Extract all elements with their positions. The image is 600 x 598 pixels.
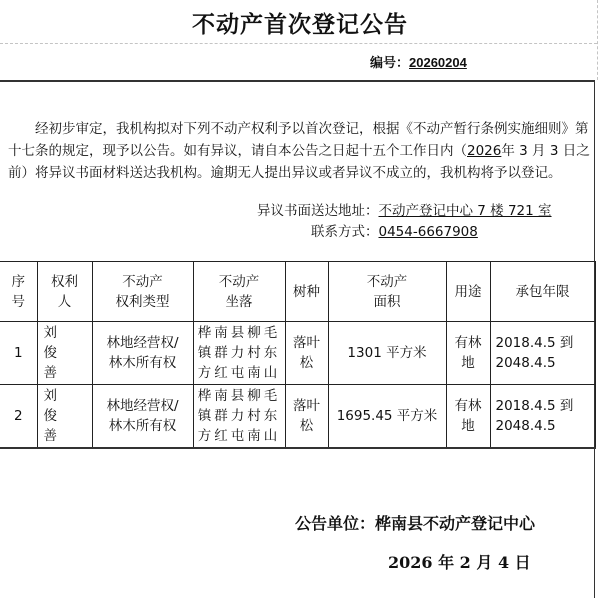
cell-use: 有林地 [446,322,490,385]
deadline-year: 2026 [467,143,501,159]
col-header-use: 用途 [446,262,490,322]
cell-right-type: 林地经营权/林木所有权 [92,385,193,448]
dashed-divider [0,43,597,44]
col-header-area: 不动产面积 [328,262,446,322]
address-label: 异议书面送达地址： [257,203,379,219]
doc-number: 编号：20260204 [370,52,467,71]
dashed-divider-vertical [597,0,598,80]
contact-label: 联系方式： [311,224,379,240]
contact-value: 0454-6667908 [379,224,478,240]
col-header-holder: 权利人 [37,262,92,322]
cell-term: 2018.4.5 到2048.4.5 [490,385,595,448]
cell-use: 有林地 [446,385,490,448]
address-value: 不动产登记中心 7 楼 721 室 [379,203,552,219]
cell-holder: 刘俊善 [37,322,92,385]
col-header-term: 承包年限 [490,262,595,322]
cell-holder: 刘俊善 [37,385,92,448]
cell-right-type: 林地经营权/林木所有权 [92,322,193,385]
objection-address: 异议书面送达地址：不动产登记中心 7 楼 721 室 [257,200,552,222]
contact-info: 联系方式：0454-6667908 [311,221,478,243]
registration-table: 序号 权利人 不动产权利类型 不动产坐落 树种 不动产面积 用途 承包年限 1 … [0,261,596,449]
cell-no: 1 [0,322,37,385]
table-row: 1 刘俊善 林地经营权/林木所有权 桦南县柳毛镇群力村东方红屯南山 落叶松 13… [0,322,595,385]
col-header-location: 不动产坐落 [193,262,285,322]
doc-number-label: 编号： [370,56,409,71]
cell-area: 1301 平方米 [328,322,446,385]
col-header-right-type: 不动产权利类型 [92,262,193,322]
issuing-unit: 公告单位：桦南县不动产登记中心 [295,511,535,534]
table-header-row: 序号 权利人 不动产权利类型 不动产坐落 树种 不动产面积 用途 承包年限 [0,262,595,322]
table-row: 2 刘俊善 林地经营权/林木所有权 桦南县柳毛镇群力村东方红屯南山 落叶松 16… [0,385,595,448]
cell-no: 2 [0,385,37,448]
doc-number-value: 20260204 [409,55,467,70]
cell-species: 落叶松 [285,385,328,448]
cell-location: 桦南县柳毛镇群力村东方红屯南山 [193,385,285,448]
col-header-species: 树种 [285,262,328,322]
notice-paragraph: 经初步审定，我机构拟对下列不动产权利予以首次登记，根据《不动产暂行条例实施细则》… [8,118,593,184]
col-header-no: 序号 [0,262,37,322]
issue-date: 2026 年 2 月 4 日 [388,550,531,573]
cell-area: 1695.45 平方米 [328,385,446,448]
notice-title: 不动产首次登记公告 [0,6,600,39]
cell-species: 落叶松 [285,322,328,385]
cell-location: 桦南县柳毛镇群力村东方红屯南山 [193,322,285,385]
cell-term: 2018.4.5 到2048.4.5 [490,322,595,385]
